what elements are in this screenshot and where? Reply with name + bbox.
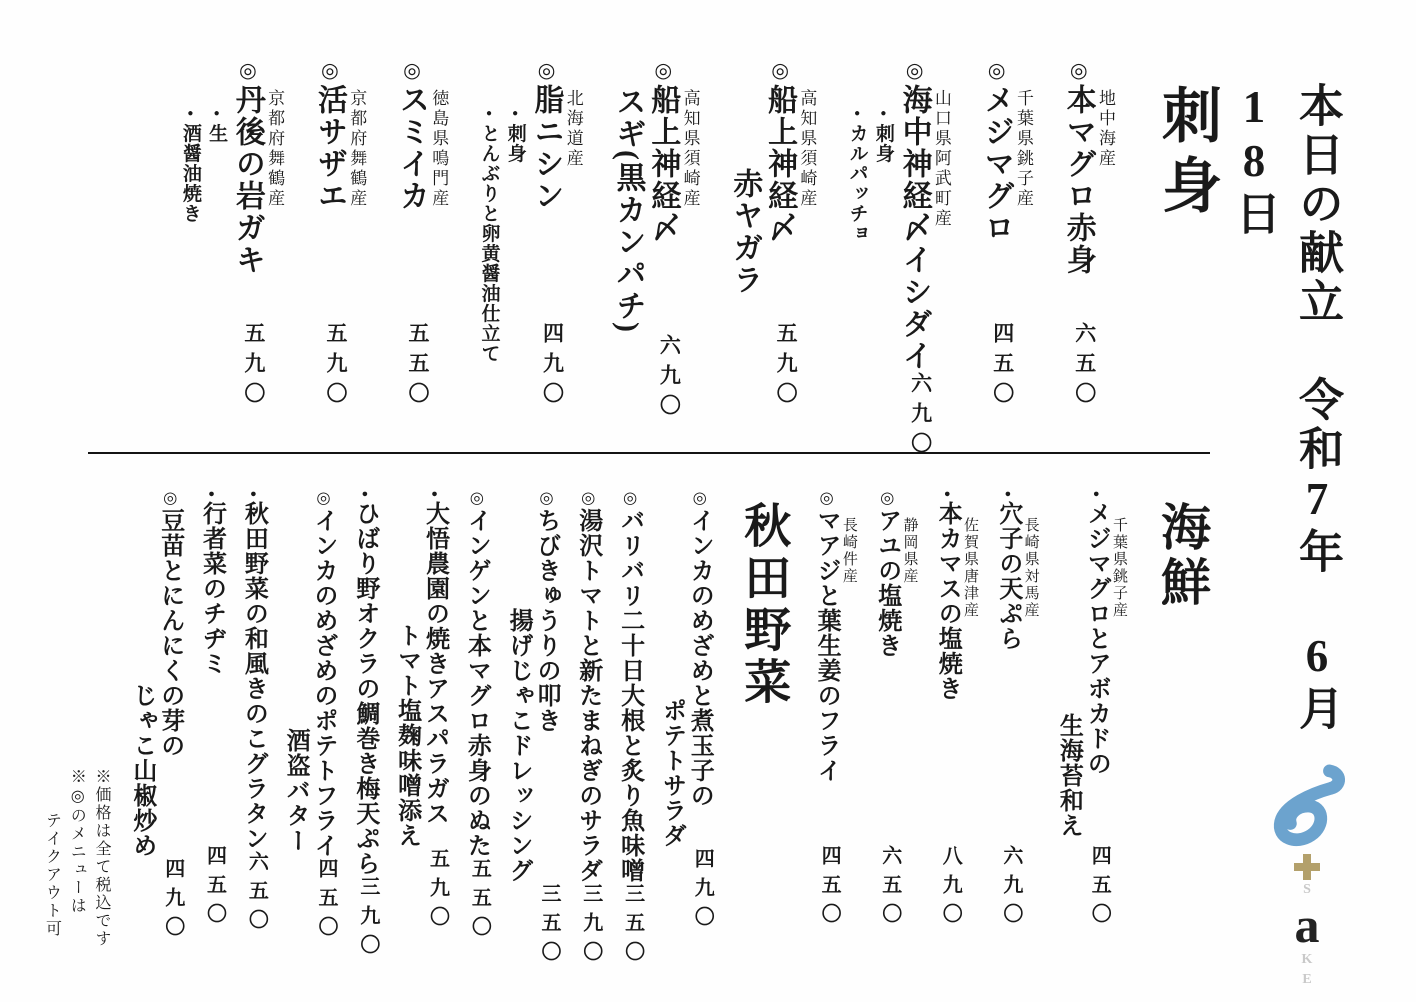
footnote: ※◎のメニューは — [63, 768, 88, 958]
item-name: ひばり野オクラの鯛巻き梅天ぷら — [352, 501, 378, 876]
bullet-icon: ● — [510, 108, 521, 124]
bullet-icon: ● — [852, 108, 863, 124]
takeout-marker-icon: ◎ — [903, 58, 925, 84]
menu-item: ◎湯沢トマトと新たまねぎのサラダ三九〇 — [573, 488, 601, 958]
item-main: ◎湯沢トマトと新たまねぎのサラダ三九〇 — [573, 488, 601, 958]
menu-item: ◎インゲンと本マグロ赤身のぬた五五〇 — [461, 488, 489, 958]
item-name-line: ◎海中神経〆イシダイ — [896, 58, 931, 372]
bullet-marker-icon: ● — [1090, 488, 1102, 501]
item-name-line: ●秋田野菜の和風きのこグラタン — [239, 488, 267, 851]
item-name-wrap: ◎本マグロ赤身 — [1060, 58, 1095, 276]
item-origin: 佐賀県唐津産 — [960, 488, 979, 958]
item-option: ● とんぶりと卵黄醤油仕立て — [475, 108, 501, 442]
takeout-marker-icon: ◎ — [651, 58, 673, 84]
item-name: スミイカ — [395, 84, 428, 212]
item-option: ● 刺身 — [870, 108, 896, 442]
brand-logo: S a K E — [1262, 762, 1352, 990]
item-origin: 長崎県対馬産 — [1021, 488, 1040, 958]
item-name-line: ◎マアジと葉生姜のフライ — [811, 488, 839, 783]
item-name: 湯沢トマトと新たまねぎのサラダ — [575, 508, 601, 883]
item-price: 四五〇 — [197, 845, 225, 932]
item-main: ◎スミイカ五五〇 — [393, 58, 428, 442]
item-main: ●ひばり野オクラの鯛巻き梅天ぷら三九〇 — [350, 488, 378, 958]
bullet-icon: ● — [211, 108, 222, 124]
item-price: 四九〇 — [127, 858, 183, 945]
item-name-wrap: ◎マアジと葉生姜のフライ — [811, 488, 839, 783]
item-name-wrap: ●行者菜のチヂミ — [197, 488, 225, 676]
item-name-line: ◎インゲンと本マグロ赤身のぬた — [461, 488, 489, 858]
logo-letter-k: K — [1302, 953, 1313, 967]
item-option: ● カルパッチョ — [843, 108, 869, 442]
item-price: 六九〇 — [993, 845, 1021, 932]
item-price: 三九〇 — [573, 883, 601, 970]
takeout-marker-icon: ◎ — [985, 58, 1007, 84]
item-origin: 地中海産 — [1095, 58, 1116, 442]
item-name-line: ◎丹後の岩ガキ — [229, 58, 264, 276]
item-name: 本カマスの塩焼き — [934, 501, 960, 701]
item-main: ◎インカのめざめのポテトフライ酒盗バター四五〇 — [280, 488, 336, 958]
takeout-marker-icon: ◎ — [1067, 58, 1089, 84]
item-main: ◎船上神経〆赤ヤガラ五九〇 — [727, 58, 797, 442]
brand-mark-icon — [1268, 762, 1346, 850]
menu-item: 静岡県産◎アユの塩焼き六五〇 — [872, 488, 919, 958]
item-name-wrap: ◎メジマグロ — [978, 58, 1013, 244]
item-name-line: ◎船上神経〆 — [645, 58, 680, 334]
bullet-marker-icon: ● — [359, 488, 371, 501]
item-name-line: ◎インカのめざめのポテトフライ — [308, 488, 336, 858]
takeout-marker-icon: ◎ — [537, 488, 556, 508]
item-price: 三五〇 — [503, 883, 559, 970]
menu-item: 京都府舞鶴産◎丹後の岩ガキ五九〇● 生● 酒醤油焼き — [177, 58, 285, 442]
item-price: 五九〇 — [229, 322, 264, 412]
item-name-cont: じゃこ山椒炒め — [127, 488, 155, 858]
footnotes: ※価格は全て税込です※◎のメニューはテイクアウト可 — [39, 488, 113, 958]
logo-letter-a: a — [1295, 900, 1320, 950]
item-name-wrap: ●穴子の天ぷら — [993, 488, 1021, 651]
item-price: 六五〇 — [1060, 322, 1095, 412]
item-main: ◎バリバリ二十日大根と炙り魚味噌三五〇 — [615, 488, 643, 958]
takeout-marker-icon: ◎ — [621, 488, 640, 508]
item-name: 秋田野菜の和風きのこグラタン — [240, 501, 266, 851]
item-name: インゲンと本マグロ赤身のぬた — [463, 508, 489, 858]
divider — [88, 452, 1210, 454]
menu-item: ●秋田野菜の和風きのこグラタン六五〇 — [239, 488, 267, 958]
item-main: ◎海中神経〆イシダイ六九〇 — [896, 58, 931, 442]
item-price: 四九〇 — [657, 848, 713, 935]
item-price: 六九〇 — [896, 372, 931, 462]
item-name: マアジと葉生姜のフライ — [813, 508, 839, 783]
item-origin: 徳島県鳴門産 — [428, 58, 449, 442]
takeout-marker-icon: ◎ — [690, 488, 709, 508]
takeout-marker-icon: ◎ — [318, 58, 340, 84]
item-main: ◎マアジと葉生姜のフライ四五〇 — [811, 488, 839, 958]
item-name-line: ◎インカのめざめと煮玉子の — [684, 488, 712, 848]
menu-item: 京都府舞鶴産◎活サザエ五九〇 — [311, 58, 367, 442]
item-main: ◎脂ニシン四九〇 — [528, 58, 563, 442]
item-main: ◎インゲンと本マグロ赤身のぬた五五〇 — [461, 488, 489, 958]
menu-item: 千葉県銚子産●メジマグロとアボカドの生海苔和え四五〇 — [1054, 488, 1128, 958]
menu-item: 山口県阿武町産◎海中神経〆イシダイ六九〇● 刺身● カルパッチョ — [843, 58, 951, 442]
item-name-line: ◎本マグロ赤身 — [1060, 58, 1095, 276]
item-name: メジマグロとアボカドの — [1083, 501, 1109, 776]
menu-item: 佐賀県唐津産●本カマスの塩焼き八九〇 — [932, 488, 979, 958]
takeout-marker-icon: ◎ — [467, 488, 486, 508]
item-name-line: ●穴子の天ぷら — [993, 488, 1021, 651]
takeout-marker-icon: ◎ — [236, 58, 258, 84]
item-name-cont: ポテトサラダ — [657, 488, 685, 848]
takeout-marker-icon: ◎ — [579, 488, 598, 508]
item-price: 五五〇 — [461, 858, 489, 945]
menu-page: 本日の献立 令和7年 6月18日 S a K E 刺身地中海産◎本マグロ赤身六五… — [0, 0, 1416, 1002]
item-origin: 静岡県産 — [900, 488, 919, 958]
item-name: アユの塩焼き — [874, 508, 900, 658]
item-name-line: ◎船上神経〆 — [761, 58, 796, 296]
item-price: 四五〇 — [811, 845, 839, 932]
item-main: ◎丹後の岩ガキ五九〇 — [229, 58, 264, 442]
section-title-kaisen: 海鮮 — [1146, 488, 1218, 958]
item-main: ●メジマグロとアボカドの生海苔和え四五〇 — [1054, 488, 1110, 958]
item-name-wrap: ◎アユの塩焼き — [872, 488, 900, 658]
menu-item: 長崎県対馬産●穴子の天ぷら六九〇 — [993, 488, 1040, 958]
item-name-wrap: ◎スミイカ — [393, 58, 428, 212]
item-options: ● 刺身● カルパッチョ — [843, 58, 895, 442]
item-option: ● 刺身 — [501, 108, 527, 442]
menu-item: ◎ちびきゅうりの叩き揚げじゃこドレッシング三五〇 — [503, 488, 559, 958]
item-main: ◎本マグロ赤身六五〇 — [1060, 58, 1095, 442]
item-name-wrap: ◎脂ニシン — [528, 58, 563, 212]
item-name-line: ◎スミイカ — [393, 58, 428, 212]
item-price: 八九〇 — [932, 845, 960, 932]
item-origin: 千葉県銚子産 — [1013, 58, 1034, 442]
item-name: インカのめざめと煮玉子の — [686, 508, 712, 808]
logo-letter-e: E — [1302, 973, 1311, 987]
item-name: メジマグロ — [980, 84, 1013, 244]
menu-item: 北海道産◎脂ニシン四九〇● 刺身● とんぶりと卵黄醤油仕立て — [475, 58, 583, 442]
item-name-line: ◎湯沢トマトと新たまねぎのサラダ — [573, 488, 601, 883]
logo-letter-s: S — [1303, 883, 1311, 897]
item-name-line: ◎バリバリ二十日大根と炙り魚味噌 — [615, 488, 643, 883]
item-price: 三五〇 — [615, 883, 643, 970]
menu-item: ◎豆苗とにんにくの芽のじゃこ山椒炒め四九〇 — [127, 488, 183, 958]
item-name-wrap: ●大悟農園の焼きアスパラガストマト塩麹味噌添え — [392, 488, 448, 848]
item-origin: 京都府舞鶴産 — [346, 58, 367, 442]
takeout-marker-icon: ◎ — [534, 58, 556, 84]
item-name-line: ●大悟農園の焼きアスパラガス — [420, 488, 448, 848]
item-price: 五九〇 — [311, 322, 346, 412]
item-main: ◎メジマグロ四五〇 — [978, 58, 1013, 442]
menu-title: 本日の献立 令和7年 6月18日 — [1222, 82, 1348, 782]
item-name: 船上神経〆 — [646, 84, 679, 244]
item-price: 五九〇 — [727, 322, 797, 412]
item-name-line: ◎メジマグロ — [978, 58, 1013, 244]
item-main: ◎アユの塩焼き六五〇 — [872, 488, 900, 958]
item-price: 六五〇 — [872, 845, 900, 932]
takeout-marker-icon: ◎ — [314, 488, 333, 508]
item-origin: 高知県須崎産 — [679, 58, 700, 442]
item-name: バリバリ二十日大根と炙り魚味噌 — [617, 508, 643, 883]
footnote: テイクアウト可 — [39, 768, 64, 958]
item-name: 船上神経〆 — [763, 84, 796, 244]
takeout-marker-icon: ◎ — [400, 58, 422, 84]
item-name-wrap: ●秋田野菜の和風きのこグラタン — [239, 488, 267, 851]
bullet-marker-icon: ● — [247, 488, 259, 501]
item-option: ● 酒醤油焼き — [177, 108, 203, 442]
bullet-marker-icon: ● — [1002, 488, 1014, 501]
item-name-wrap: ◎インゲンと本マグロ赤身のぬた — [461, 488, 489, 858]
menu-item: ◎インカのめざめのポテトフライ酒盗バター四五〇 — [280, 488, 336, 958]
item-name-wrap: ◎船上神経〆赤ヤガラ — [727, 58, 797, 296]
menu-item: 地中海産◎本マグロ赤身六五〇 — [1060, 58, 1116, 442]
menu-item: ●行者菜のチヂミ四五〇 — [197, 488, 225, 958]
item-name-wrap: ●本カマスの塩焼き — [932, 488, 960, 701]
item-name-wrap: ◎湯沢トマトと新たまねぎのサラダ — [573, 488, 601, 883]
item-name-cont: 生海苔和え — [1054, 488, 1082, 838]
takeout-marker-icon: ◎ — [817, 488, 836, 508]
item-options: ● 刺身● とんぶりと卵黄醤油仕立て — [475, 58, 527, 442]
item-price: 四五〇 — [978, 322, 1013, 412]
section-kaisen-akita: 海鮮千葉県銚子産●メジマグロとアボカドの生海苔和え四五〇長崎県対馬産●穴子の天ぷ… — [78, 488, 1218, 958]
item-name: 活サザエ — [313, 84, 346, 212]
item-name: 行者菜のチヂミ — [199, 501, 225, 676]
item-main: ◎インカのめざめと煮玉子のポテトサラダ四九〇 — [657, 488, 713, 958]
item-name: インカのめざめのポテトフライ — [310, 508, 336, 858]
item-options: ● 生● 酒醤油焼き — [177, 58, 229, 442]
section-title-sashimi: 刺身 — [1144, 58, 1230, 442]
item-main: ●本カマスの塩焼き八九〇 — [932, 488, 960, 958]
item-name-line: ●ひばり野オクラの鯛巻き梅天ぷら — [350, 488, 378, 876]
item-origin: 山口県阿武町産 — [931, 58, 952, 442]
bullet-icon: ● — [483, 108, 494, 124]
item-name: 脂ニシン — [529, 84, 562, 212]
item-name-line: ◎脂ニシン — [528, 58, 563, 212]
item-name: 海中神経〆イシダイ — [898, 84, 931, 372]
item-name: 穴子の天ぷら — [995, 501, 1021, 651]
menu-item: ◎バリバリ二十日大根と炙り魚味噌三五〇 — [615, 488, 643, 958]
bullet-icon: ● — [185, 108, 196, 124]
item-name-line: ◎ちびきゅうりの叩き — [531, 488, 559, 883]
takeout-marker-icon: ◎ — [768, 58, 790, 84]
menu-item: 千葉県銚子産◎メジマグロ四五〇 — [978, 58, 1034, 442]
item-origin: 北海道産 — [562, 58, 583, 442]
item-name-wrap: ◎インカのめざめと煮玉子のポテトサラダ — [657, 488, 713, 848]
item-price: 四九〇 — [528, 322, 563, 412]
item-name-wrap: ◎活サザエ — [311, 58, 346, 212]
item-price: 五九〇 — [392, 848, 448, 935]
item-name-wrap: ◎ちびきゅうりの叩き揚げじゃこドレッシング — [503, 488, 559, 883]
item-name-cont: 赤ヤガラ — [727, 58, 762, 296]
takeout-marker-icon: ◎ — [878, 488, 897, 508]
item-name-cont: トマト塩麹味噌添え — [392, 488, 420, 848]
item-main: ◎船上神経〆スギ(黒カンパチ)六九〇 — [610, 58, 680, 442]
item-main: ●大悟農園の焼きアスパラガストマト塩麹味噌添え五九〇 — [392, 488, 448, 958]
item-name: 大悟農園の焼きアスパラガス — [421, 501, 447, 826]
menu-item: 徳島県鳴門産◎スミイカ五五〇 — [393, 58, 449, 442]
bullet-marker-icon: ● — [428, 488, 440, 501]
item-name: 本マグロ赤身 — [1062, 84, 1095, 276]
item-name-wrap: ●ひばり野オクラの鯛巻き梅天ぷら — [350, 488, 378, 876]
item-name-wrap: ◎丹後の岩ガキ — [229, 58, 264, 276]
item-name-line: ●メジマグロとアボカドの — [1081, 488, 1109, 838]
item-origin: 長崎件産 — [839, 488, 858, 958]
item-name-wrap: ◎バリバリ二十日大根と炙り魚味噌 — [615, 488, 643, 883]
item-main: ●秋田野菜の和風きのこグラタン六五〇 — [239, 488, 267, 958]
menu-item: 長崎件産◎マアジと葉生姜のフライ四五〇 — [811, 488, 858, 958]
item-main: ◎ちびきゅうりの叩き揚げじゃこドレッシング三五〇 — [503, 488, 559, 958]
section-title-akita: 秋田野菜 — [730, 488, 797, 958]
item-name-wrap: ◎豆苗とにんにくの芽のじゃこ山椒炒め — [127, 488, 183, 858]
item-name-line: ◎豆苗とにんにくの芽の — [155, 488, 183, 858]
item-main: ●行者菜のチヂミ四五〇 — [197, 488, 225, 958]
item-price: 三九〇 — [350, 876, 378, 963]
item-main: ●穴子の天ぷら六九〇 — [993, 488, 1021, 958]
item-name-line: ◎アユの塩焼き — [872, 488, 900, 658]
item-name: 丹後の岩ガキ — [231, 84, 264, 276]
item-name-cont: スギ(黒カンパチ) — [610, 58, 645, 334]
bullet-icon: ● — [878, 108, 889, 124]
menu-item: 高知県須崎産◎船上神経〆スギ(黒カンパチ)六九〇 — [610, 58, 701, 442]
item-name-cont: 酒盗バター — [280, 488, 308, 858]
item-origin: 高知県須崎産 — [796, 58, 817, 442]
footnote: ※価格は全て税込です — [88, 768, 113, 958]
item-price: 四五〇 — [1054, 845, 1110, 932]
menu-item: ●ひばり野オクラの鯛巻き梅天ぷら三九〇 — [350, 488, 378, 958]
item-name-wrap: ◎船上神経〆スギ(黒カンパチ) — [610, 58, 680, 334]
item-main: ◎豆苗とにんにくの芽のじゃこ山椒炒め四九〇 — [127, 488, 183, 958]
item-name: 豆苗とにんにくの芽の — [157, 508, 183, 758]
item-origin: 京都府舞鶴産 — [264, 58, 285, 442]
item-name-cont: 揚げじゃこドレッシング — [503, 488, 531, 883]
item-name: ちびきゅうりの叩き — [533, 508, 559, 733]
item-price: 四五〇 — [280, 858, 336, 945]
menu-item: ◎インカのめざめと煮玉子のポテトサラダ四九〇 — [657, 488, 713, 958]
item-name-line: ●本カマスの塩焼き — [932, 488, 960, 701]
bullet-marker-icon: ● — [941, 488, 953, 501]
item-origin: 千葉県銚子産 — [1109, 488, 1128, 958]
item-price: 五五〇 — [393, 322, 428, 412]
section-sashimi: 刺身地中海産◎本マグロ赤身六五〇千葉県銚子産◎メジマグロ四五〇山口県阿武町産◎海… — [85, 58, 1230, 442]
bullet-marker-icon: ● — [206, 488, 218, 501]
menu-item: ●大悟農園の焼きアスパラガストマト塩麹味噌添え五九〇 — [392, 488, 448, 958]
item-name-line: ◎活サザエ — [311, 58, 346, 212]
item-name-wrap: ◎海中神経〆イシダイ — [896, 58, 931, 372]
menu-item: 高知県須崎産◎船上神経〆赤ヤガラ五九〇 — [727, 58, 818, 442]
item-option: ● 生 — [203, 108, 229, 442]
item-price: 六九〇 — [610, 334, 680, 424]
item-price: 六五〇 — [239, 851, 267, 938]
item-name-wrap: ●メジマグロとアボカドの生海苔和え — [1054, 488, 1110, 838]
item-name-wrap: ◎インカのめざめのポテトフライ酒盗バター — [280, 488, 336, 858]
takeout-marker-icon: ◎ — [161, 488, 180, 508]
item-main: ◎活サザエ五九〇 — [311, 58, 346, 442]
plus-icon — [1294, 854, 1320, 880]
item-name-line: ●行者菜のチヂミ — [197, 488, 225, 676]
